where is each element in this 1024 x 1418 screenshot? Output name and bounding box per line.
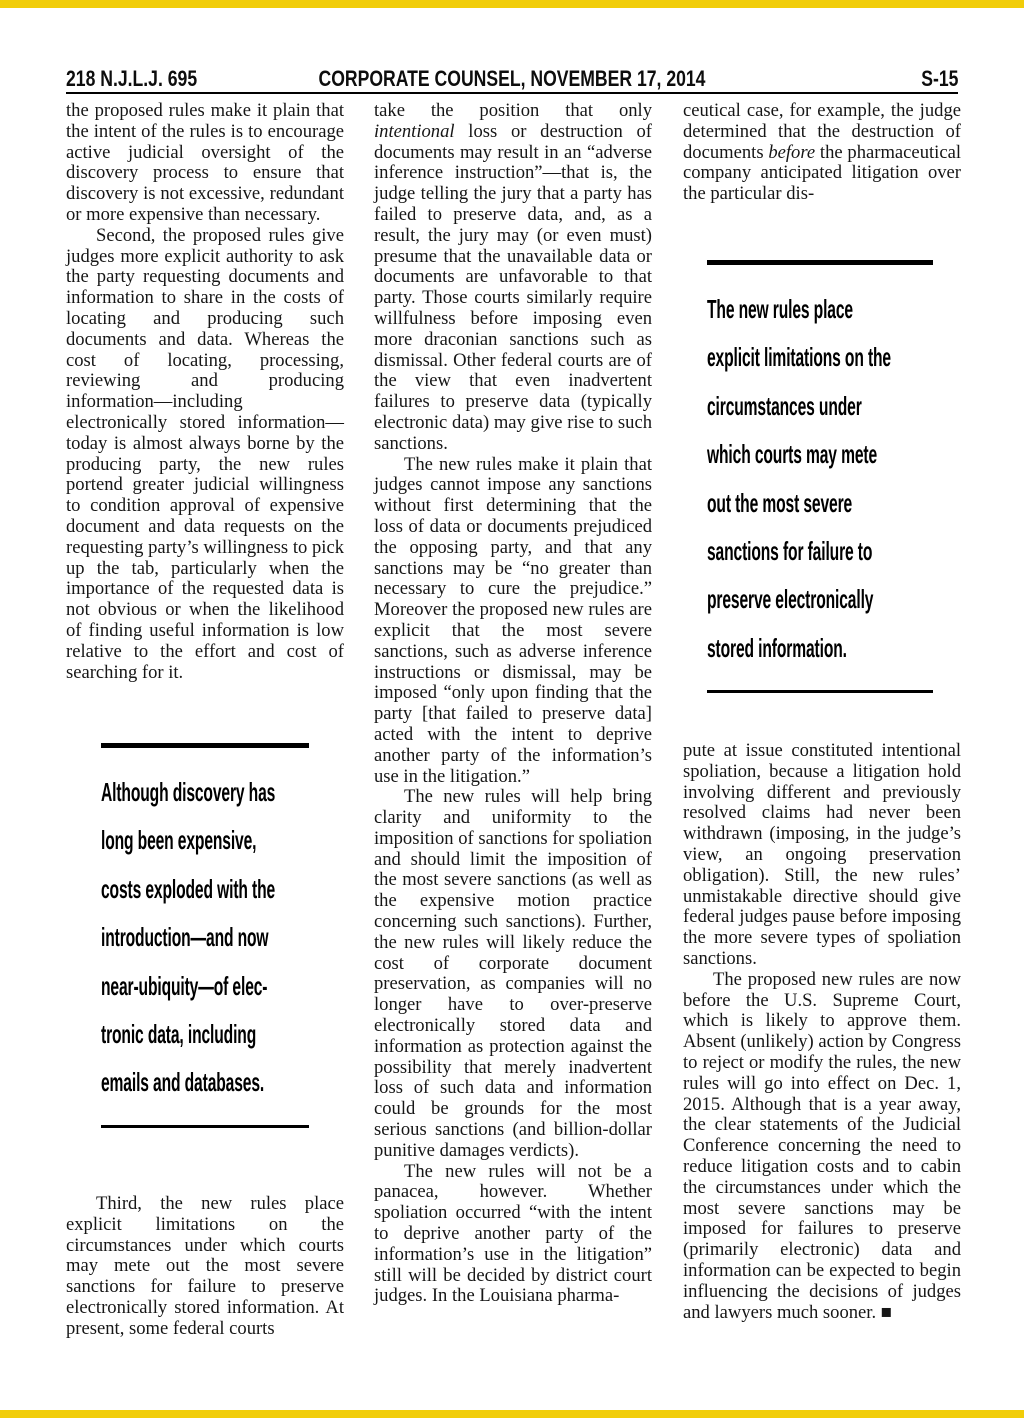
pull-quote-line: out the most severe [707,479,843,527]
bottom-accent-bar [0,1410,1024,1418]
column-1-lower: Third, the new rules place explicit limi… [66,1194,344,1340]
column-2: take the position that only intentional … [374,101,652,1307]
header-publication-title: CORPORATE COUNSEL, NOVEMBER 17, 2014 [102,66,921,92]
body-paragraph: Third, the new rules place explicit limi… [66,1194,344,1340]
body-paragraph: The proposed new rules are now before th… [683,970,961,1324]
pull-quote-line: sanctions for failure to [707,527,843,575]
article-page: 218 N.J.L.J. 695 CORPORATE COUNSEL, NOVE… [0,0,1024,1418]
pull-quote-rule-bottom [101,1125,309,1128]
pull-quote-rule-top [707,260,933,265]
pull-quote-line: circumstances under [707,382,843,430]
column-1-upper: the proposed rules make it plain that th… [66,101,344,683]
body-paragraph: Second, the proposed rules give judges m… [66,226,344,684]
pull-quote-line: costs exploded with the [101,865,226,913]
column-3-lower: pute at issue constituted intentional sp… [683,741,961,1323]
pull-quote-line: preserve electronically [707,575,843,623]
pull-quote-line: which courts may mete [707,430,843,478]
pull-quote-line: emails and databases. [101,1058,226,1106]
pull-quote-line: near-ubiquity—of elec- [101,962,226,1010]
body-paragraph: take the position that only intentional … [374,101,652,455]
column-3-upper: ceutical case, for example, the judge de… [683,101,961,205]
pull-quote-2: The new rules place explicit limitations… [707,260,933,693]
pull-quote-line: Although discovery has [101,768,226,816]
pull-quote-line: introduction—and now [101,913,226,961]
pull-quote-line: explicit limitations on the [707,333,843,381]
pull-quote-rule-bottom [707,690,933,693]
pull-quote-line: tronic data, including [101,1010,226,1058]
pull-quote-line: The new rules place [707,285,843,333]
pull-quote-line: long been expensive, [101,816,226,864]
pull-quote-rule-top [101,743,309,748]
pull-quote-line: stored information. [707,624,843,672]
top-accent-bar [0,0,1024,8]
pull-quote-1: Although discovery has long been expensi… [101,743,309,1128]
body-paragraph: pute at issue constituted intentional sp… [683,741,961,970]
body-paragraph: The new rules will not be a panacea, how… [374,1162,652,1308]
body-paragraph: the proposed rules make it plain that th… [66,101,344,226]
header-rule [66,92,958,94]
body-paragraph: The new rules make it plain that judges … [374,455,652,788]
body-paragraph: The new rules will help bring clarity an… [374,787,652,1161]
body-paragraph: ceutical case, for example, the judge de… [683,101,961,205]
header-page-number: S-15 [921,66,958,92]
